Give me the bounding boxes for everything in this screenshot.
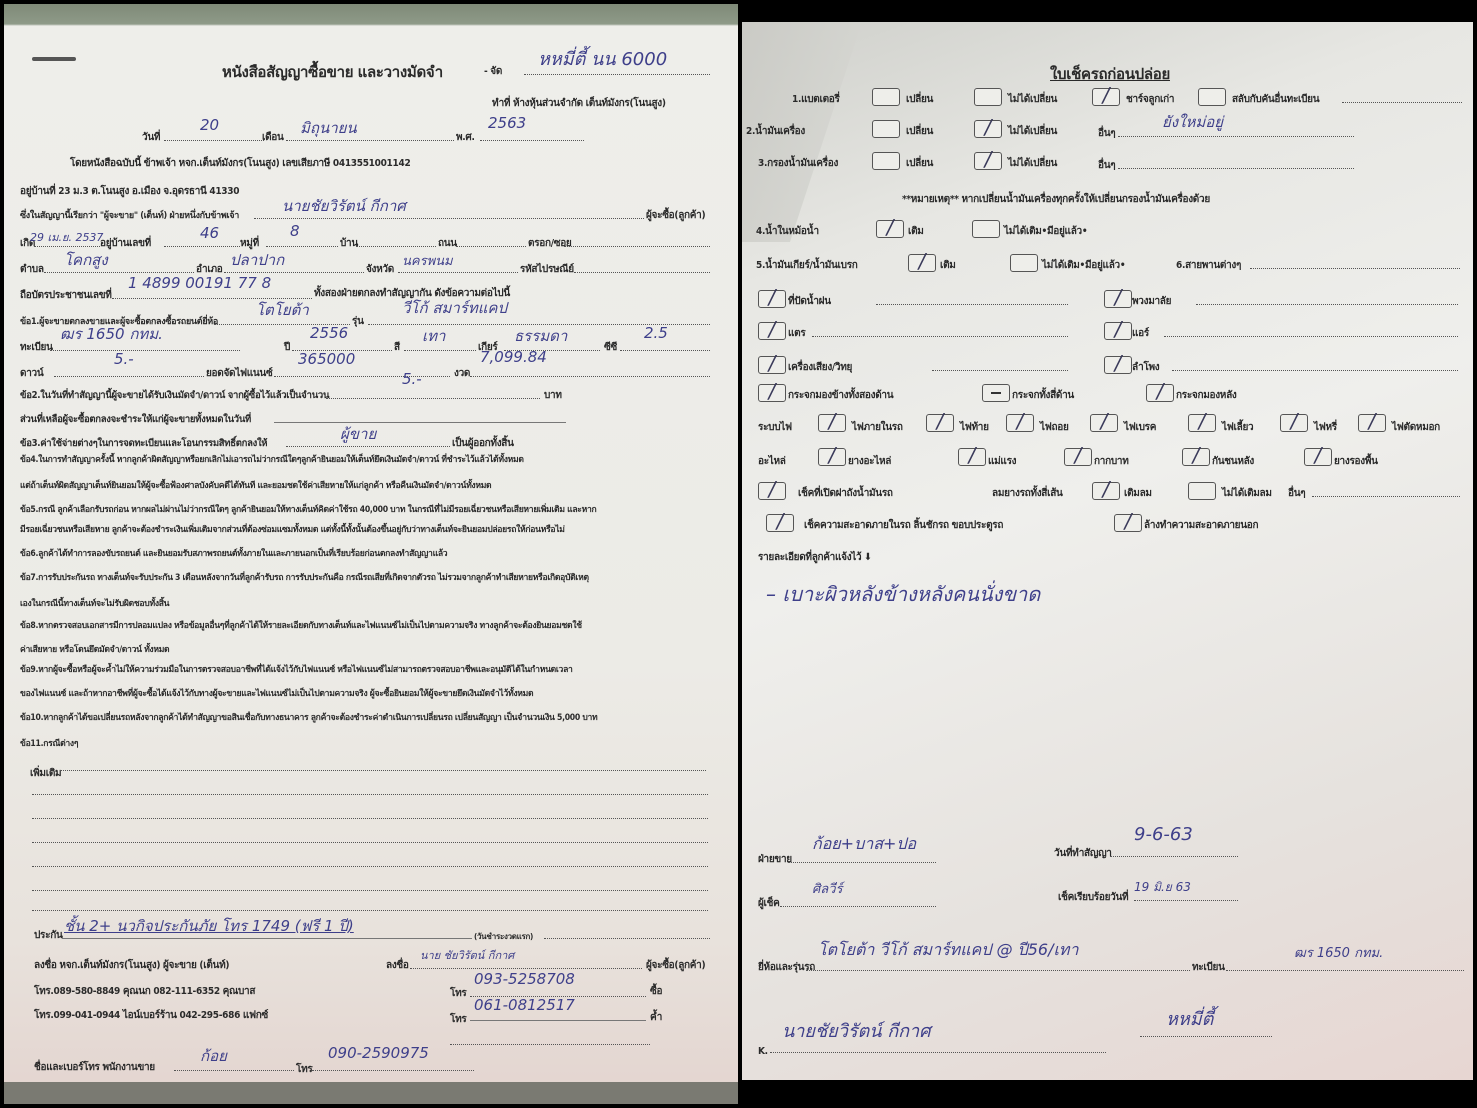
mirror-label: กระจกมองหลัง <box>1176 388 1237 403</box>
tires-label: ลมยางรถทั้งสี่เส้น <box>992 486 1063 501</box>
water-label: 4.น้ำในหม้อน้ำ <box>756 224 819 239</box>
row3-opt1-checkbox[interactable] <box>872 152 900 170</box>
born-value: 29 เม.ย. 2537 <box>30 228 103 246</box>
row2-opt1-checkbox[interactable] <box>872 120 900 138</box>
row1-opt2-checkbox[interactable] <box>974 88 1002 106</box>
car-value: โตโยต้า วีโก้ สมาร์ทแคป @ ปี56/เทา <box>818 938 1078 963</box>
checker-value: ศิลวีร์ <box>812 878 843 899</box>
option-label: สลับกับคันอื่นทะเบียน <box>1232 92 1319 107</box>
check-mark-icon: / <box>1007 409 1033 433</box>
check-mark-icon: / <box>877 215 903 239</box>
buyer-role: ผู้จะซื้อ(ลูกค้า) <box>646 208 705 223</box>
tire-label: เติมลม <box>1124 486 1152 501</box>
water-nofill-checkbox[interactable] <box>972 220 1000 238</box>
id-value: 1 4899 00191 77 8 <box>128 274 271 292</box>
checklist-page: ใบเช็ครถก่อนปล่อย 1.แบตเตอรี่เปลี่ยนไม่ไ… <box>742 22 1473 1080</box>
part-checkbox[interactable]: / <box>818 448 846 466</box>
customer-note: – เบาะผิวหลังข้างหลังคนนั่งขาด <box>766 578 1040 610</box>
check-mark-icon: / <box>759 477 785 501</box>
down-value: 5.- <box>114 350 134 368</box>
part-checkbox[interactable]: / <box>958 448 986 466</box>
clause-line: ข้อ4.ในการทำสัญญาครั้งนี้ หากลูกค้าผิดสั… <box>20 452 524 466</box>
car-brand: โตโยต้า <box>256 298 309 322</box>
part-label: ยางอะไหล่ <box>848 454 891 469</box>
checklist-note: **หมายเหตุ** หากเปลี่ยนน้ำมันเครื่องทุกค… <box>902 192 1210 207</box>
amphoe: ปลาปาก <box>230 248 284 272</box>
light-label: ไฟหรี่ <box>1314 420 1337 435</box>
check-mark-icon: / <box>759 317 785 341</box>
clause-line: ของไฟแนนซ์ และถ้าหากอาชีพที่ผู้จะซื้อได้… <box>20 686 533 700</box>
contract-date-label: วันที่ทำสัญญา <box>1054 846 1112 861</box>
item-label: แตร <box>788 326 805 341</box>
light-checkbox[interactable]: / <box>1358 414 1386 432</box>
item-label: พวงมาลัย <box>1132 294 1171 309</box>
item-right-checkbox[interactable]: / <box>1104 322 1132 340</box>
light-checkbox[interactable]: / <box>818 414 846 432</box>
option-label: เปลี่ยน <box>906 124 933 139</box>
other-value: ยังใหม่อยู่ <box>1162 110 1223 134</box>
mirror-checkbox[interactable] <box>982 384 1010 402</box>
clean-label: เช็คความสะอาดภายในรถ ลิ้นชักรถ ขอบประตูร… <box>804 518 1003 533</box>
light-label: ไฟเบรค <box>1124 420 1156 435</box>
clause-line: ข้อ9.หากผู้จะซื้อหรือผู้จะค้ำไม่ให้ความร… <box>20 662 573 676</box>
check-mark-icon: / <box>1183 443 1209 467</box>
light-checkbox[interactable]: / <box>926 414 954 432</box>
check-mark-icon: / <box>975 147 1001 171</box>
car-model: วีโก้ สมาร์ทแคป <box>402 296 507 320</box>
check-mark-icon: / <box>1105 285 1131 309</box>
part-checkbox[interactable]: / <box>1182 448 1210 466</box>
item-right-checkbox[interactable]: / <box>1104 290 1132 308</box>
check-mark-icon: / <box>909 249 935 273</box>
check-mark-icon: / <box>759 379 785 403</box>
sales-tel: 090-2590975 <box>328 1044 429 1062</box>
gear-fill-checkbox[interactable]: / <box>908 254 936 272</box>
k-value-2: หหมี่ตี้ <box>1166 1004 1213 1033</box>
item-right-checkbox[interactable]: / <box>1104 356 1132 374</box>
checked-date: 19 มิ.ย 63 <box>1134 878 1191 897</box>
seller-label: ฝ่ายขาย <box>758 852 792 867</box>
staple-mark <box>32 57 76 61</box>
sales-name: ก้อย <box>200 1044 227 1068</box>
mirror-label: กระจกทั้งสี่ด้าน <box>1012 388 1074 403</box>
contact-2: โทร.099-041-0944 ไอน์เบอร์ร้าน 042-295-6… <box>34 1008 268 1023</box>
finance-value: 365000 <box>298 350 355 368</box>
mirror-label: กระจกมองข้างทั้งสองด้าน <box>788 388 893 403</box>
fuel-cap-label: เช็คที่เปิดฝาถังน้ำมันรถ <box>798 486 893 501</box>
k-value: นายชัยวิรัตน์ กีกาศ <box>782 1016 931 1045</box>
car-gear: ธรรมดา <box>514 324 567 348</box>
buyer-tel: 093-5258708 <box>474 970 575 988</box>
check-mark-icon: / <box>759 351 785 375</box>
place-label: ทำที่ ห้างหุ้นส่วนจำกัด เต็นท์มังกร(โนนส… <box>492 96 666 111</box>
check-mark-icon: / <box>1281 409 1307 433</box>
option-label: เติม <box>908 224 924 239</box>
k-label: K. <box>758 1046 768 1057</box>
row1-opt1-checkbox[interactable] <box>872 88 900 106</box>
light-checkbox[interactable]: / <box>1188 414 1216 432</box>
buyer-name: นายชัยวิรัตน์ กีกาศ <box>282 194 406 218</box>
option-label: เปลี่ยน <box>906 156 933 171</box>
check-mark-icon: / <box>819 443 845 467</box>
contract-date: 9-6-63 <box>1134 824 1193 845</box>
clause-line: แต่ถ้าเต็นท์ผิดสัญญาเต็นท์ยินยอมให้ผู้จะ… <box>20 478 491 492</box>
checklist-row-label: 2.น้ำมันเครื่อง <box>746 124 805 139</box>
check-mark-icon: / <box>1359 409 1385 433</box>
mirror-checkbox[interactable]: / <box>1146 384 1174 402</box>
year-label: พ.ศ. <box>456 130 475 145</box>
tire-fill-checkbox[interactable]: / <box>1092 482 1120 500</box>
checklist-row-label: 3.กรองน้ำมันเครื่อง <box>758 156 838 171</box>
row2-opt2-checkbox[interactable]: / <box>974 120 1002 138</box>
house-no: 46 <box>200 224 219 242</box>
option-label: ไม่ได้เปลี่ยน <box>1008 156 1057 171</box>
clause-line: ข้อ7.การรับประกันรถ ทางเต็นท์จะรับประกัน… <box>20 570 589 584</box>
insurance-value: ชั้น 2+ นวกิจประกันภัย โทร 1749 (ฟรี 1 ป… <box>64 914 354 938</box>
item-left-checkbox[interactable]: / <box>758 322 786 340</box>
light-label: ไฟภายในรถ <box>852 420 903 435</box>
seller-value: ก้อย+บาส+ปอ <box>812 832 916 857</box>
clause-line: ข้อ10.หากลูกค้าได้ขอเปลี่ยนรถหลังจากลูกค… <box>20 710 597 724</box>
item-label: เครื่องเสียง/วิทยุ <box>788 360 852 375</box>
seller-address: อยู่บ้านที่ 23 ม.3 ต.โนนสูง อ.เมือง จ.อุ… <box>20 184 239 199</box>
check-mark-icon: / <box>975 115 1001 139</box>
install-value: 7,099.84 <box>480 348 547 366</box>
option-label: เปลี่ยน <box>906 92 933 107</box>
option-label: ไม่ได้เติม•มีอยู่แล้ว• <box>1004 224 1087 239</box>
clean-outside-checkbox[interactable]: / <box>1114 514 1142 532</box>
row1-opt4-checkbox[interactable] <box>1198 88 1226 106</box>
light-checkbox[interactable]: / <box>1006 414 1034 432</box>
car-cc: 2.5 <box>644 324 668 342</box>
item-label: ที่ปัดน้ำฝน <box>788 294 831 309</box>
light-label: ไฟตัดหมอก <box>1392 420 1440 435</box>
part-label: ยางรองพื้น <box>1334 454 1378 469</box>
clause-line: ข้อ6.ลูกค้าได้ทำการลองขับรถยนต์ และยินยอ… <box>20 546 447 560</box>
car-label: ยี่ห้อและรุ่นรถ <box>758 960 815 975</box>
light-label: ไฟท้าย <box>960 420 989 435</box>
jad-value: หหมี่ตี้ นน 6000 <box>538 44 667 73</box>
guarantor-tel: 061-0812517 <box>474 996 575 1014</box>
check-mark-icon: / <box>1093 83 1119 107</box>
date-year: 2563 <box>488 114 526 132</box>
seller-signature: ลงชื่อ หจก.เต็นท์มังกร(โนนสูง) ผู้จะขาย … <box>34 958 229 973</box>
part-label: กันชนหลัง <box>1212 454 1254 469</box>
month-label: เดือน <box>262 130 284 145</box>
plate-label: ทะเบียน <box>1192 960 1225 975</box>
tire-label: ไม่ได้เติมลม <box>1222 486 1272 501</box>
option-label: ชาร์จลูกเก่า <box>1126 92 1174 107</box>
check-mark-icon: / <box>1093 477 1119 501</box>
clause-line: ข้อ5.กรณี ลูกค้าเลือกรับรถก่อน หากผลไม่ผ… <box>20 502 596 516</box>
check-mark-icon: / <box>1105 317 1131 341</box>
part-label: แม่แรง <box>988 454 1016 469</box>
province: นครพนม <box>402 250 453 271</box>
part-label: กากบาท <box>1094 454 1128 469</box>
part-checkbox[interactable]: / <box>1064 448 1092 466</box>
dash-mark-icon <box>991 392 1001 394</box>
car-year: 2556 <box>310 324 348 342</box>
belts-label: 6.สายพานต่างๆ <box>1176 258 1241 273</box>
check-mark-icon: / <box>1147 379 1173 403</box>
c2-value: 5.- <box>402 370 422 388</box>
option-label: ไม่ได้เปลี่ยน <box>1008 92 1057 107</box>
option-label: ไม่ได้เปลี่ยน <box>1008 124 1057 139</box>
seller-label: ซึ่งในสัญญานี้เรียกว่า "ผู้จะขาย" (เต็นท… <box>20 208 239 222</box>
contact-1: โทร.089-580-8849 คุณนก 082-111-6352 คุณบ… <box>34 984 255 999</box>
check-mark-icon: / <box>1091 409 1117 433</box>
check-mark-icon: / <box>1065 443 1091 467</box>
clause-line: ข้อ11.กรณีต่างๆ <box>20 736 78 750</box>
buyer-signature: นาย ชัยวิรัตน์ กีกาศ <box>420 946 514 964</box>
check-mark-icon: / <box>927 409 953 433</box>
plate-value: ฒร 1650 กทม. <box>1294 942 1383 963</box>
item-left-checkbox[interactable]: / <box>758 290 786 308</box>
c3-value: ผู้ขาย <box>340 422 376 446</box>
mirror-checkbox[interactable]: / <box>758 384 786 402</box>
checker-label: ผู้เช็ค <box>758 896 780 911</box>
other-label: อื่นๆ <box>1098 126 1115 141</box>
date-day: 20 <box>200 116 219 134</box>
check-mark-icon: / <box>1189 409 1215 433</box>
check-mark-icon: / <box>819 409 845 433</box>
fuel-cap-checkbox[interactable]: / <box>758 482 786 500</box>
jad-label: - จัด <box>484 64 502 79</box>
water-fill-checkbox[interactable]: / <box>876 220 904 238</box>
option-label: ไม่ได้เติม•มีอยู่แล้ว• <box>1042 258 1125 273</box>
item-label: ลำโพง <box>1132 360 1159 375</box>
check-mark-icon: / <box>1115 509 1141 533</box>
clause-line: ค่าเสียหาย หรือโดนยึดมัดจำ/ดาวน์ ทั้งหมด <box>20 642 169 656</box>
customer-notes-label: รายละเอียดที่ลูกค้าแจ้งไว้ ⬇ <box>758 550 871 565</box>
light-label: ไฟเลี้ยว <box>1222 420 1253 435</box>
plate: ฒร 1650 กทม. <box>60 322 163 346</box>
checked-date-label: เช็คเรียบร้อยวันที่ <box>1058 890 1128 905</box>
option-label: เติม <box>940 258 956 273</box>
row3-opt2-checkbox[interactable]: / <box>974 152 1002 170</box>
tire-nofill-checkbox[interactable] <box>1188 482 1216 500</box>
contract-intro: โดยหนังสือฉบับนี้ ข้าพเจ้า หจก.เต็นท์มัง… <box>70 156 410 171</box>
check-mark-icon: / <box>1305 443 1331 467</box>
row1-opt3-checkbox[interactable]: / <box>1092 88 1120 106</box>
item-left-checkbox[interactable]: / <box>758 356 786 374</box>
light-checkbox[interactable]: / <box>1280 414 1308 432</box>
light-checkbox[interactable]: / <box>1090 414 1118 432</box>
checklist-row-label: 1.แบตเตอรี่ <box>792 92 840 107</box>
other-label: อื่นๆ <box>1098 158 1115 173</box>
clause-line: มีรอยเฉี่ยวชนหรือเสียหาย ลูกค้าจะต้องชำร… <box>20 522 565 536</box>
light-label: ไฟถอย <box>1040 420 1069 435</box>
car-color: เทา <box>422 324 445 348</box>
gear-nofill-checkbox[interactable] <box>1010 254 1038 272</box>
clean-label: ล้างทำความสะอาดภายนอก <box>1144 518 1258 533</box>
lights-label: ระบบไฟ <box>758 420 792 435</box>
date-month: มิถุนายน <box>300 116 357 140</box>
item-label: แอร์ <box>1132 326 1149 341</box>
check-mark-icon: / <box>767 509 793 533</box>
clause-line: ข้อ8.หากตรวจสอบเอกสารมีการปลอมแปลง หรือข… <box>20 618 582 632</box>
check-mark-icon: / <box>1105 351 1131 375</box>
tires-other-label: อื่นๆ <box>1288 486 1305 501</box>
parts-label: อะไหล่ <box>758 454 786 469</box>
contract-page: หนังสือสัญญาซื้อขาย และวางมัดจำ - จัด หห… <box>4 4 738 1104</box>
part-checkbox[interactable]: / <box>1304 448 1332 466</box>
clean-inside-checkbox[interactable]: / <box>766 514 794 532</box>
clause-line: เองในกรณีนี้ทางเต็นท์จะไม่รับผิดชอบทั้งส… <box>20 596 169 610</box>
moo: 8 <box>290 222 300 240</box>
date-label: วันที่ <box>142 130 160 145</box>
check-mark-icon: / <box>759 285 785 309</box>
check-mark-icon: / <box>959 443 985 467</box>
contract-title: หนังสือสัญญาซื้อขาย และวางมัดจำ <box>222 60 443 84</box>
tambon: โคกสูง <box>64 248 108 272</box>
gear-oil-label: 5.น้ำมันเกียร์/น้ำมันเบรก <box>756 258 858 273</box>
